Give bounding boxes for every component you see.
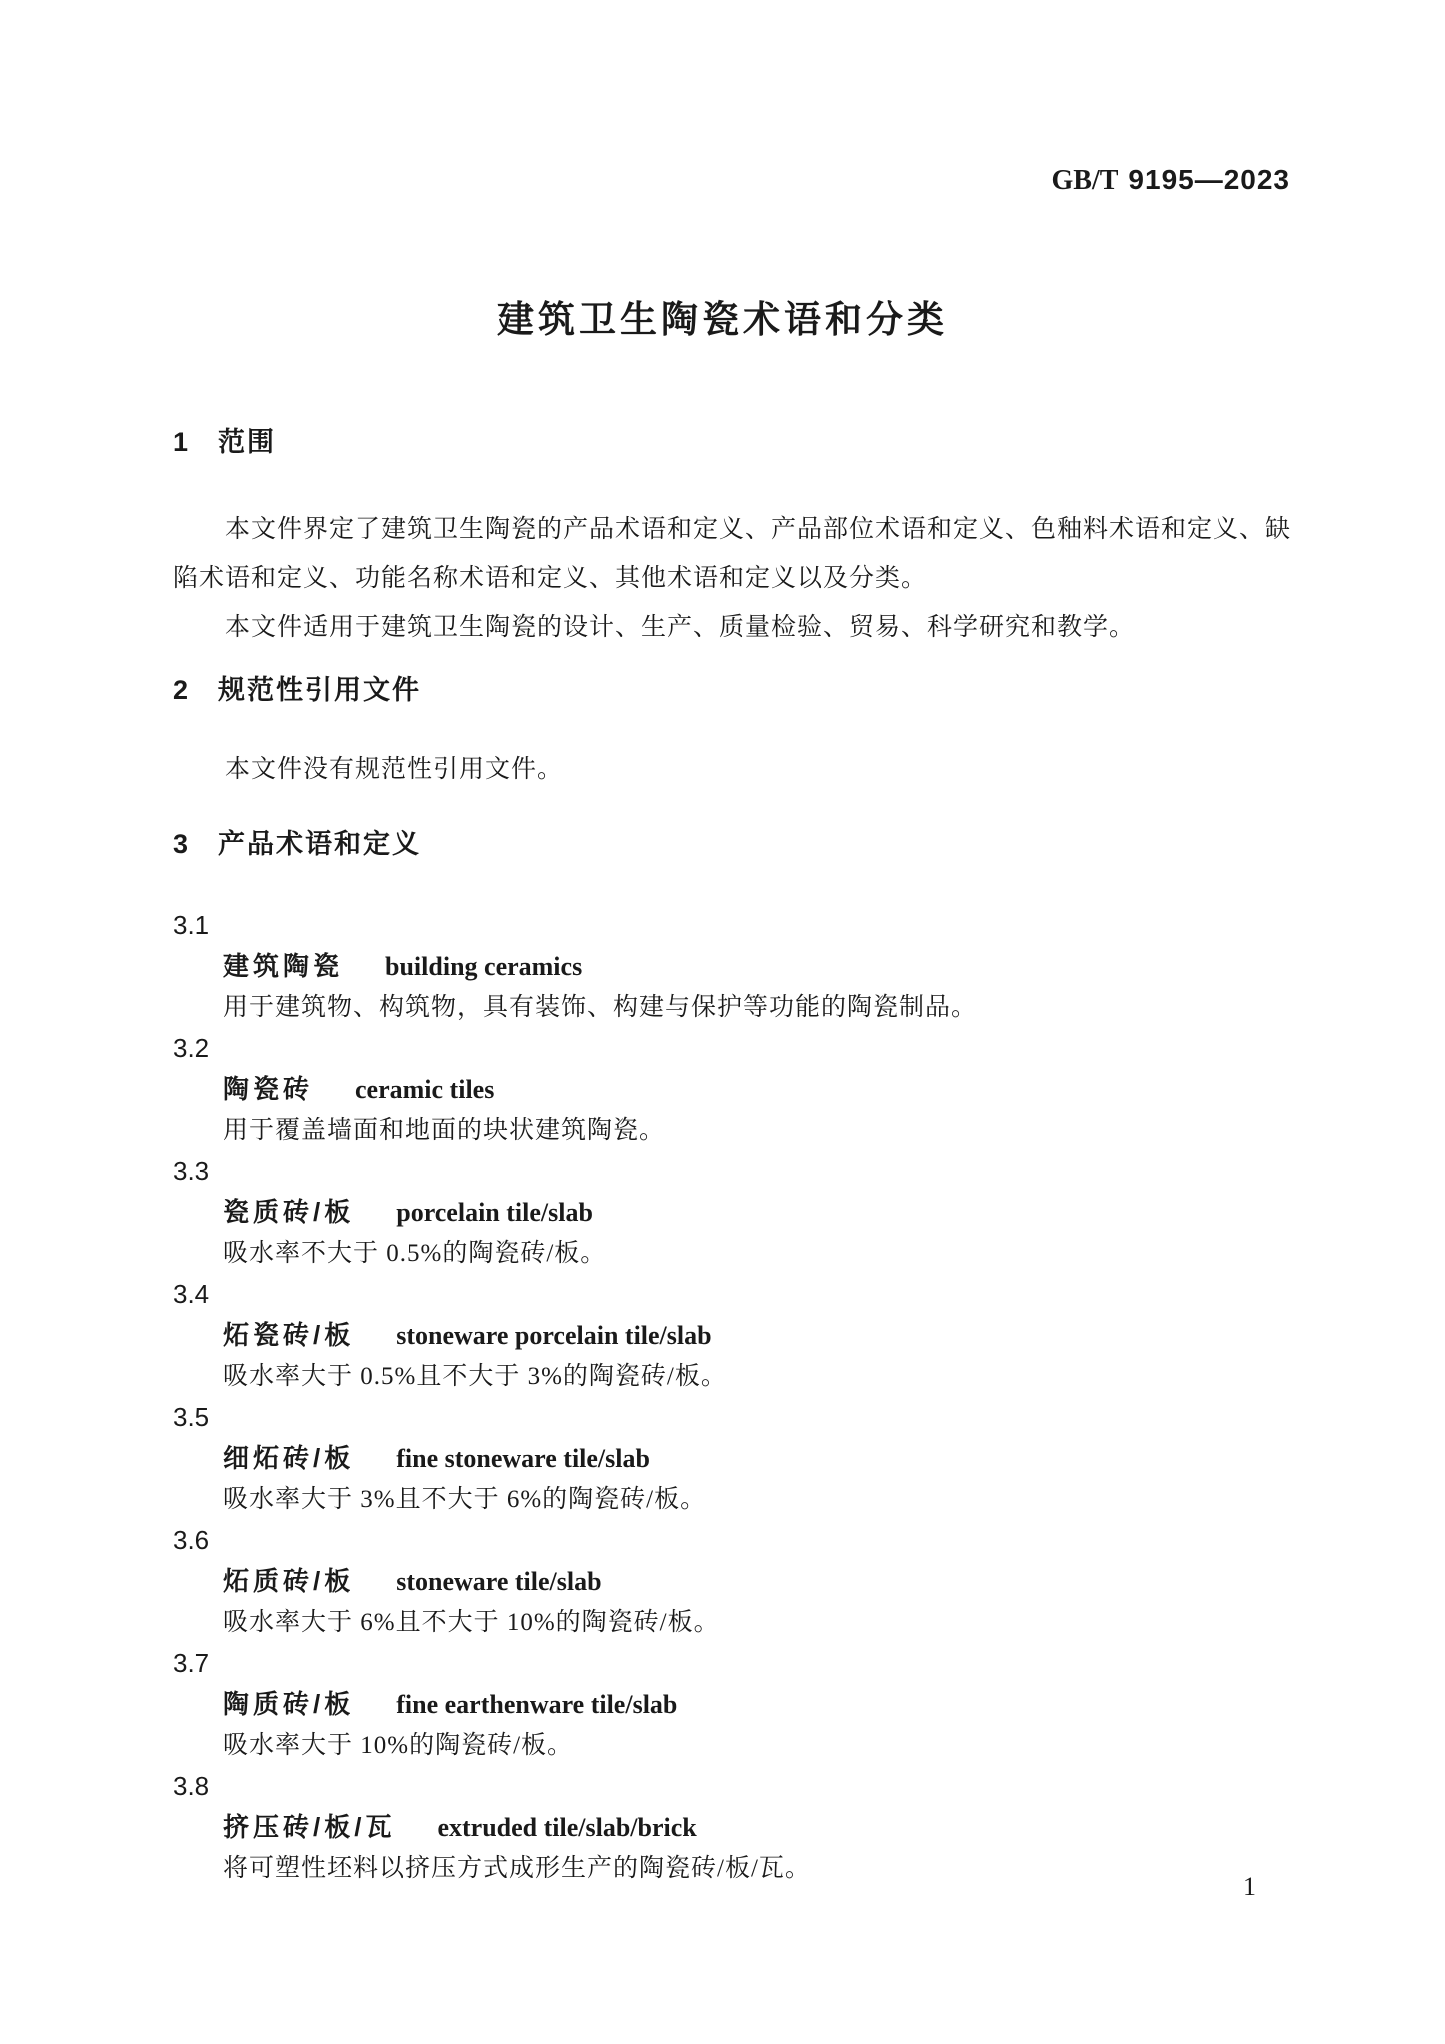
paragraph: 本文件没有规范性引用文件。: [173, 745, 1291, 794]
term-title: 炻瓷砖/板stoneware porcelain tile/slab: [173, 1315, 1291, 1356]
clause-title: 规范性引用文件: [218, 675, 421, 705]
term-chinese: 瓷质砖/板: [223, 1197, 354, 1227]
clause-title: 范围: [218, 427, 276, 457]
paragraph: 本文件适用于建筑卫生陶瓷的设计、生产、质量检验、贸易、科学研究和教学。: [173, 603, 1291, 652]
term-definition: 吸水率大于 10%的陶瓷砖/板。: [173, 1725, 1291, 1766]
term-number: 3.3: [173, 1151, 1291, 1192]
term-entry: 3.8 挤压砖/板/瓦extruded tile/slab/brick 将可塑性…: [173, 1766, 1291, 1889]
document-body: 1范围 本文件界定了建筑卫生陶瓷的产品术语和定义、产品部位术语和定义、色釉料术语…: [173, 424, 1291, 1889]
term-chinese: 陶瓷砖: [223, 1074, 313, 1104]
term-chinese: 建筑陶瓷: [223, 951, 343, 981]
term-title: 陶质砖/板fine earthenware tile/slab: [173, 1684, 1291, 1725]
term-english: fine earthenware tile/slab: [396, 1690, 677, 1719]
term-number: 3.1: [173, 905, 1291, 946]
term-title: 建筑陶瓷building ceramics: [173, 946, 1291, 987]
clause-heading-product-terms: 3产品术语和定义: [173, 826, 1291, 862]
term-title: 瓷质砖/板porcelain tile/slab: [173, 1192, 1291, 1233]
term-entry: 3.3 瓷质砖/板porcelain tile/slab 吸水率不大于 0.5%…: [173, 1151, 1291, 1274]
term-entry: 3.5 细炻砖/板fine stoneware tile/slab 吸水率大于 …: [173, 1397, 1291, 1520]
term-english: building ceramics: [385, 952, 582, 981]
term-definition: 将可塑性坯料以挤压方式成形生产的陶瓷砖/板/瓦。: [173, 1848, 1291, 1889]
term-chinese: 细炻砖/板: [223, 1443, 354, 1473]
term-definition: 用于覆盖墙面和地面的块状建筑陶瓷。: [173, 1110, 1291, 1151]
term-english: extruded tile/slab/brick: [437, 1813, 696, 1842]
term-entry: 3.2 陶瓷砖ceramic tiles 用于覆盖墙面和地面的块状建筑陶瓷。: [173, 1028, 1291, 1151]
standard-code-number: 9195—2023: [1128, 164, 1290, 195]
term-number: 3.2: [173, 1028, 1291, 1069]
term-chinese: 炻瓷砖/板: [223, 1320, 354, 1350]
term-definition: 吸水率不大于 0.5%的陶瓷砖/板。: [173, 1233, 1291, 1274]
term-definition: 用于建筑物、构筑物，具有装饰、构建与保护等功能的陶瓷制品。: [173, 987, 1291, 1028]
term-number: 3.8: [173, 1766, 1291, 1807]
term-title: 挤压砖/板/瓦extruded tile/slab/brick: [173, 1807, 1291, 1848]
term-number: 3.5: [173, 1397, 1291, 1438]
terms-list: 3.1 建筑陶瓷building ceramics 用于建筑物、构筑物，具有装饰…: [173, 905, 1291, 1889]
paragraph: 本文件界定了建筑卫生陶瓷的产品术语和定义、产品部位术语和定义、色釉料术语和定义、…: [173, 505, 1291, 603]
term-english: stoneware tile/slab: [396, 1567, 601, 1596]
page-number: 1: [1243, 1869, 1256, 1905]
standard-code-prefix: GB/T: [1052, 165, 1119, 196]
term-chinese: 陶质砖/板: [223, 1689, 354, 1719]
term-english: stoneware porcelain tile/slab: [396, 1321, 711, 1350]
term-definition: 吸水率大于 3%且不大于 6%的陶瓷砖/板。: [173, 1479, 1291, 1520]
clause-heading-scope: 1范围: [173, 424, 1291, 460]
term-title: 炻质砖/板stoneware tile/slab: [173, 1561, 1291, 1602]
term-number: 3.7: [173, 1643, 1291, 1684]
term-english: fine stoneware tile/slab: [396, 1444, 650, 1473]
clause-number: 3: [173, 829, 188, 859]
term-number: 3.4: [173, 1274, 1291, 1315]
term-entry: 3.1 建筑陶瓷building ceramics 用于建筑物、构筑物，具有装饰…: [173, 905, 1291, 1028]
standard-code: GB/T9195—2023: [1052, 160, 1291, 201]
clause-number: 1: [173, 427, 188, 457]
term-definition: 吸水率大于 6%且不大于 10%的陶瓷砖/板。: [173, 1602, 1291, 1643]
term-definition: 吸水率大于 0.5%且不大于 3%的陶瓷砖/板。: [173, 1356, 1291, 1397]
term-title: 陶瓷砖ceramic tiles: [173, 1069, 1291, 1110]
clause-heading-normative-references: 2规范性引用文件: [173, 672, 1291, 708]
term-entry: 3.6 炻质砖/板stoneware tile/slab 吸水率大于 6%且不大…: [173, 1520, 1291, 1643]
term-english: porcelain tile/slab: [396, 1198, 593, 1227]
clause-title: 产品术语和定义: [218, 829, 421, 859]
term-title: 细炻砖/板fine stoneware tile/slab: [173, 1438, 1291, 1479]
term-chinese: 挤压砖/板/瓦: [223, 1812, 395, 1842]
term-entry: 3.7 陶质砖/板fine earthenware tile/slab 吸水率大…: [173, 1643, 1291, 1766]
document-title: 建筑卫生陶瓷术语和分类: [0, 295, 1445, 345]
term-number: 3.6: [173, 1520, 1291, 1561]
term-entry: 3.4 炻瓷砖/板stoneware porcelain tile/slab 吸…: [173, 1274, 1291, 1397]
document-page: GB/T9195—2023 建筑卫生陶瓷术语和分类 1范围 本文件界定了建筑卫生…: [0, 0, 1445, 2044]
clause-number: 2: [173, 675, 188, 705]
term-english: ceramic tiles: [355, 1075, 494, 1104]
term-chinese: 炻质砖/板: [223, 1566, 354, 1596]
